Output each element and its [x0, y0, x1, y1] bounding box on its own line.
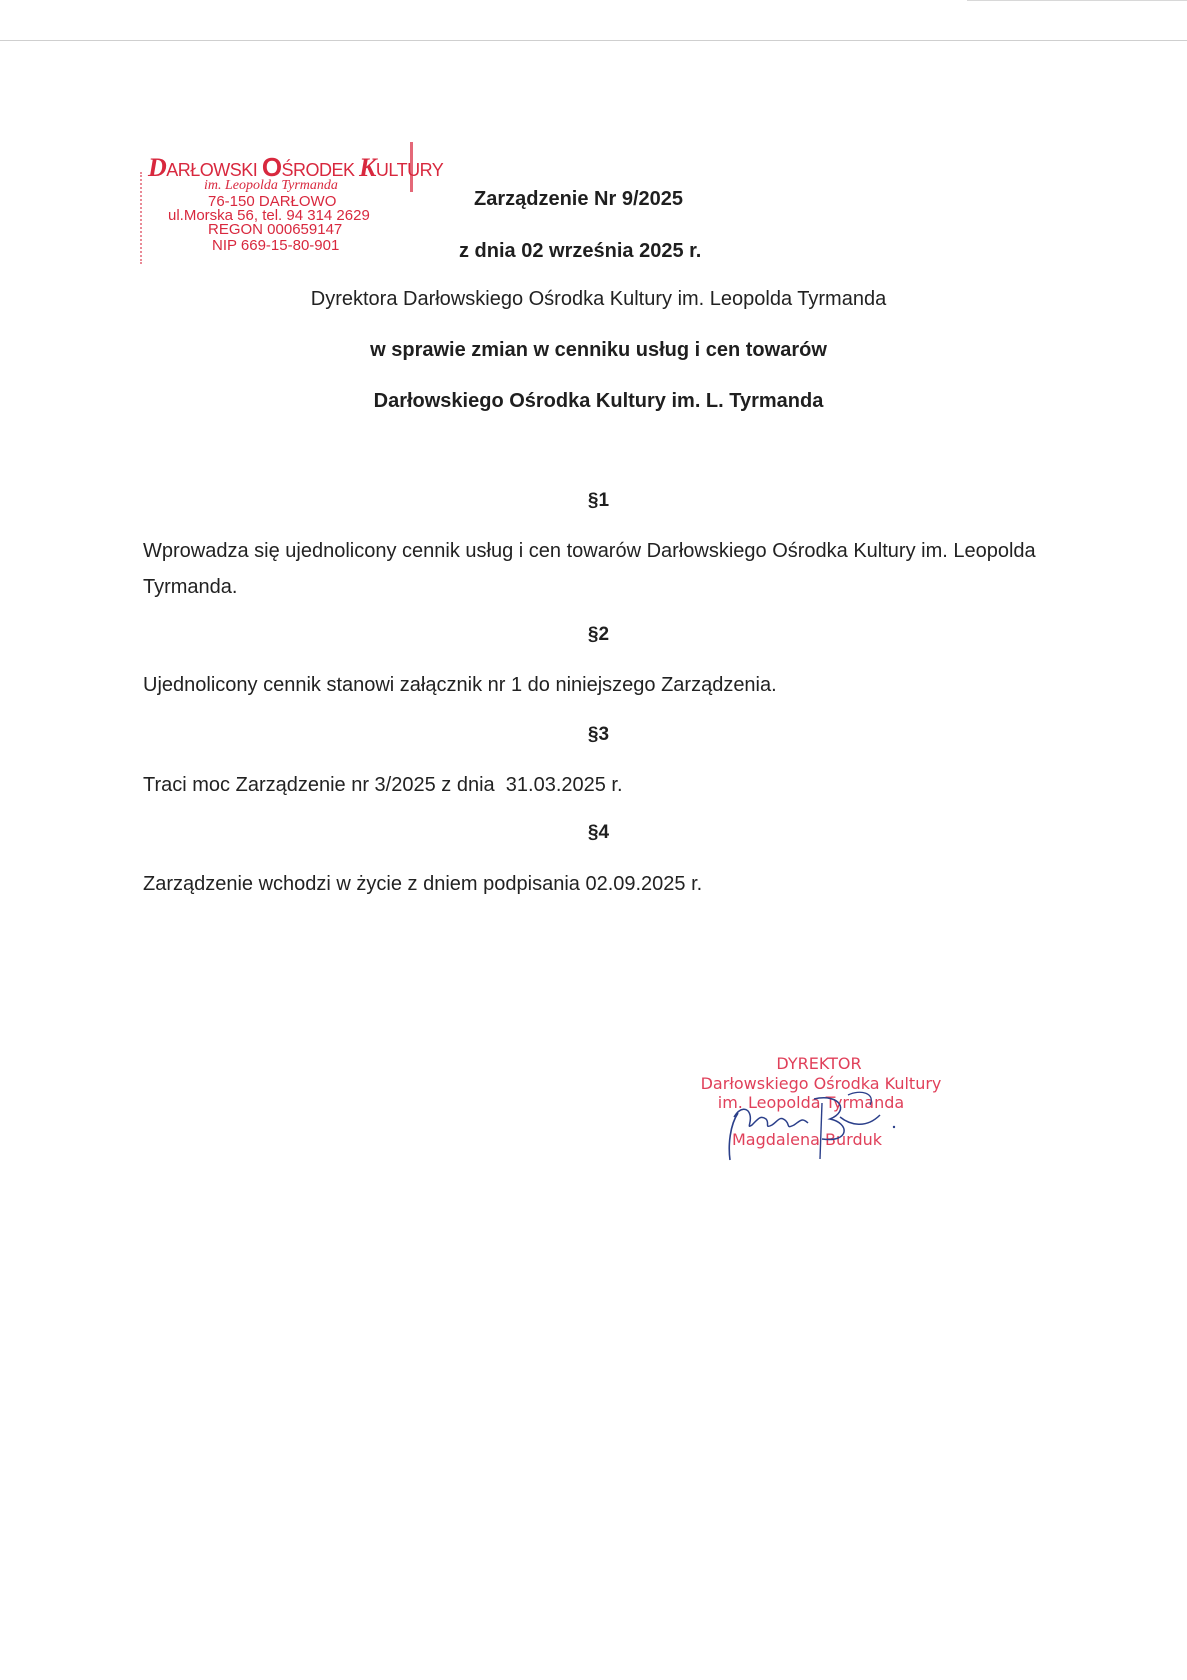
document-date: z dnia 02 września 2025 r.: [459, 240, 701, 263]
section-3-heading: §3: [0, 724, 1187, 746]
section-4-text: Zarządzenie wchodzi w życie z dniem podp…: [143, 866, 1043, 902]
stamp-edge-left: [140, 172, 146, 264]
section-4-heading: §4: [0, 822, 1187, 844]
stamp-nip: NIP 669-15-80-901: [212, 238, 339, 253]
section-1-text: Wprowadza się ujednolicony cennik usług …: [143, 533, 1043, 605]
section-2-heading: §2: [0, 624, 1187, 646]
handwritten-signature-icon: [690, 1055, 960, 1165]
stamp-regon: REGON 000659147: [208, 222, 342, 237]
document-subject-line-2: Darłowskiego Ośrodka Kultury im. L. Tyrm…: [0, 390, 1187, 413]
section-2-text: Ujednolicony cennik stanowi załącznik nr…: [143, 667, 1043, 703]
document-issuer: Dyrektora Darłowskiego Ośrodka Kultury i…: [0, 288, 1187, 311]
document-subject-line-1: w sprawie zmian w cenniku usług i cen to…: [0, 339, 1187, 362]
institution-stamp: DARŁOWSKI OŚRODEK KULTURY im. Leopolda T…: [142, 142, 417, 267]
director-signature-stamp: DYREKTOR Darłowskiego Ośrodka Kultury im…: [690, 1055, 960, 1165]
document-title: Zarządzenie Nr 9/2025: [474, 188, 683, 211]
section-1-heading: §1: [0, 490, 1187, 512]
stamp-subtitle: im. Leopolda Tyrmanda: [204, 178, 338, 193]
scan-edge-corner: [967, 0, 1187, 1]
section-3-text: Traci moc Zarządzenie nr 3/2025 z dnia 3…: [143, 767, 1043, 803]
scan-edge-line: [0, 40, 1187, 41]
